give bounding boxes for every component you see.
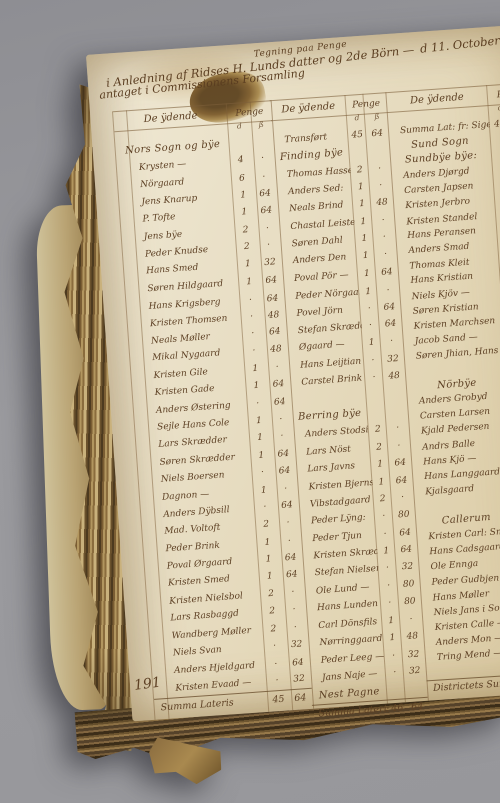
amount-skilling: 64 [253, 188, 278, 200]
amount-rigsdaler: 1 [358, 268, 377, 279]
amount-rigsdaler: 2 [350, 164, 369, 175]
amount-rigsdaler: 1 [359, 286, 378, 297]
payer-name: Vibstadgaard [298, 495, 375, 511]
amount-rigsdaler: 1 [355, 233, 374, 244]
amount-skilling: · [256, 239, 281, 251]
amount-skilling: · [400, 614, 423, 626]
amount-rigsdaler: 1 [258, 554, 279, 565]
amount-skilling: · [273, 483, 298, 495]
amount-rigsdaler: 46 [489, 118, 500, 129]
payer-name: Thomas Hassel [275, 165, 351, 180]
amount-skilling: 64 [379, 318, 402, 330]
amount-rigsdaler: · [361, 320, 380, 331]
amount-rigsdaler: · [241, 311, 262, 322]
amount-skilling: 64 [272, 465, 297, 477]
section-label: Berring bÿe [291, 408, 368, 424]
amount-skilling: 64 [378, 301, 401, 313]
payer-name: Søren Dahl [279, 235, 356, 251]
payer-name: Jans Naje — [310, 668, 387, 684]
amount-rigsdaler: 1 [354, 216, 373, 227]
amount-skilling: 48 [264, 344, 289, 356]
amount-skilling: · [388, 440, 411, 452]
payer-name: Anders Den [281, 252, 358, 267]
amount-skilling: 32 [402, 649, 425, 660]
page-number: 191 [133, 675, 161, 694]
amount-skilling: 80 [399, 596, 422, 608]
amount-skilling: 32 [258, 257, 283, 269]
payer-name: Kristen Skrædder [301, 547, 378, 562]
amount-rigsdaler: · [264, 641, 285, 652]
amount-rigsdaler: · [375, 511, 394, 522]
amount-skilling [250, 141, 274, 143]
amount-rigsdaler: 1 [356, 251, 375, 262]
amount-skilling: · [270, 431, 295, 443]
amount-skilling: 64 [288, 691, 313, 704]
amount-rigsdaler: 45 [268, 693, 289, 705]
amount-rigsdaler: 4 [230, 154, 251, 166]
payer-header: De ÿdende [113, 108, 227, 127]
amount-rigsdaler: 1 [377, 546, 396, 557]
amount-skilling: 64 [394, 527, 417, 538]
amount-rigsdaler: 1 [251, 450, 272, 461]
money-header: Penge [227, 106, 272, 119]
payer-name: Lars Javns [295, 460, 372, 475]
amount-rigsdaler [349, 151, 367, 152]
amount-skilling: 64 [266, 379, 291, 391]
amount-skilling: 64 [275, 500, 300, 512]
section-label: Nest Pagne [311, 685, 388, 701]
amount-rigsdaler: 1 [257, 537, 278, 548]
amount-skilling: 48 [383, 371, 406, 383]
payer-name: Carl Dönsfils [306, 616, 383, 631]
payer-name: Ole Lund — [304, 582, 381, 598]
payer-name: Anders Sed: [276, 183, 353, 198]
amount-skilling: 64 [395, 544, 418, 556]
amount-rigsdaler: · [255, 501, 276, 513]
amount-skilling: 64 [259, 275, 284, 287]
amount-skilling: · [250, 153, 275, 165]
amount-skilling [384, 393, 406, 395]
amount-rigsdaler: 1 [253, 484, 274, 495]
amount-rigsdaler: 1 [238, 259, 259, 270]
amount-skilling: 64 [271, 448, 296, 460]
amount-skilling: 32 [403, 665, 426, 677]
payer-name [291, 396, 367, 401]
amount-rigsdaler: · [384, 650, 403, 661]
amount-skilling: 64 [376, 267, 399, 279]
amount-rigsdaler: 2 [236, 241, 257, 253]
amount-rigsdaler: · [360, 303, 379, 314]
payer-name: Nörgaard [118, 174, 232, 191]
protruding-page-scrap [145, 736, 224, 787]
amount-skilling: · [252, 171, 277, 183]
amount-skilling: · [265, 361, 290, 373]
payer-name: Nørringgaard [307, 634, 384, 649]
amount-rigsdaler: · [244, 346, 265, 357]
payer-name: Transført [272, 131, 349, 146]
amount-rigsdaler: 1 [496, 208, 500, 220]
amount-skilling: · [377, 284, 400, 295]
amount-skilling: · [370, 180, 393, 192]
amount-rigsdaler [387, 689, 405, 690]
amount-rigsdaler: 2 [495, 193, 500, 204]
payer-name: Kristen Bjernsgd [296, 478, 373, 493]
amount-skilling: · [281, 586, 306, 598]
amount-rigsdaler: · [379, 580, 398, 591]
amount-skilling: 64 [262, 326, 287, 338]
section-label: Finding bÿe [273, 147, 350, 164]
payer-name [414, 501, 500, 508]
amount-skilling: 80 [397, 578, 420, 590]
amount-skilling: 48 [401, 631, 424, 643]
payer-name [426, 666, 500, 674]
amount-rigsdaler: · [365, 372, 384, 383]
amount-rigsdaler: · [378, 563, 397, 574]
amount-rigsdaler: 1 [382, 615, 401, 626]
amount-rigsdaler: 2 [261, 588, 282, 600]
amount-rigsdaler: 1 [250, 432, 271, 443]
amount-rigsdaler: 46 [388, 702, 407, 714]
amount-skilling: 48 [371, 197, 394, 209]
amount-rigsdaler: 1 [353, 199, 372, 210]
payer-name: Chastal Leistein [278, 217, 355, 232]
amount-rigsdaler: · [242, 328, 263, 340]
payer-name: Hans Leijtian [288, 356, 365, 371]
amount-rigsdaler: 1 [260, 571, 281, 582]
payer-name: Hans Lunden [305, 599, 382, 614]
payer-name: Peder Nörgaard [283, 287, 359, 302]
amount-rigsdaler: 1 [246, 380, 267, 391]
amount-rigsdaler: · [240, 294, 261, 305]
amount-rigsdaler [491, 138, 500, 140]
amount-rigsdaler: 1 [371, 459, 390, 470]
amount-rigsdaler: 1 [352, 181, 371, 192]
amount-rigsdaler: 45 [348, 129, 367, 140]
payer-name [405, 366, 500, 372]
amount-skilling: · [277, 535, 302, 547]
amount-rigsdaler: 2 [370, 442, 389, 453]
amount-skilling: 64 [254, 205, 279, 217]
amount-rigsdaler: 1 [245, 363, 266, 374]
amount-skilling: · [276, 517, 301, 529]
amount-skilling: · [391, 492, 414, 504]
amount-rigsdaler: 1 [233, 190, 254, 201]
amount-skilling: 64 [389, 457, 412, 469]
payer-header: De ÿdende [386, 90, 489, 108]
amount-skilling: 64 [366, 128, 389, 140]
amount-skilling: 80 [393, 509, 416, 521]
payer-name: Carstel Brink [289, 373, 366, 388]
amount-rigsdaler: 1 [249, 415, 270, 426]
amount-rigsdaler: 1 [239, 276, 260, 287]
payer-name: Anders Stodsil [293, 426, 370, 441]
amount-rigsdaler: · [364, 355, 383, 366]
payer-name: Peder Leeg — [308, 651, 384, 666]
amount-rigsdaler: 2 [262, 606, 283, 617]
money-header: Penge [346, 98, 387, 111]
amount-rigsdaler: 2 [494, 178, 500, 189]
amount-rigsdaler: · [267, 675, 288, 687]
amount-skilling: · [269, 414, 294, 426]
amount-skilling: · [386, 423, 409, 435]
amount-rigsdaler: 2 [369, 424, 388, 435]
amount-rigsdaler [492, 154, 500, 155]
amount-skilling: · [380, 336, 403, 348]
amount-skilling: · [374, 249, 397, 261]
amount-skilling: · [255, 223, 280, 235]
amount-skilling: · [283, 622, 308, 634]
amount-rigsdaler [230, 142, 250, 143]
currency-subheader: d ß [488, 101, 500, 117]
amount-rigsdaler: 6 [232, 173, 253, 184]
amount-skilling: 32 [382, 353, 405, 365]
amount-skilling [405, 688, 427, 690]
payer-name: Poval Pör — [282, 269, 359, 284]
amount-rigsdaler: 1 [372, 476, 391, 487]
manuscript-page: Tegning paa Penge i Anledning af Ridses … [86, 24, 500, 722]
payer-name: Povel Jörn [284, 304, 361, 319]
amount-skilling: 32 [287, 673, 312, 685]
column-header: De ÿdende Penge [385, 82, 500, 113]
amount-rigsdaler: 1 [383, 632, 402, 643]
amount-rigsdaler: · [381, 598, 400, 609]
amount-rigsdaler: · [252, 467, 273, 478]
total-label: Districtets Summa [427, 677, 500, 694]
amount-skilling: 64 [267, 396, 292, 408]
amount-rigsdaler: · [247, 398, 268, 409]
amount-skilling [386, 411, 408, 412]
ledger-table: De ÿdende Penge d ß Nors Sogn og bÿeKrys… [112, 82, 500, 720]
amount-rigsdaler: 2 [373, 493, 392, 504]
amount-skilling: 64 [406, 701, 429, 714]
amount-rigsdaler: 1 [493, 163, 500, 174]
payer-name: Neals Brind [277, 200, 354, 215]
payer-name: Øgaard — [287, 339, 364, 354]
amount-rigsdaler: 2 [263, 623, 284, 634]
amount-rigsdaler [366, 395, 384, 396]
payer-header: De ÿdende [270, 100, 347, 116]
amount-rigsdaler: · [266, 658, 287, 669]
payer-name: Hans Langgaard [412, 466, 500, 482]
amount-skilling: 64 [390, 475, 413, 487]
amount-skilling: 32 [396, 562, 419, 574]
amount-skilling: 48 [261, 309, 286, 321]
payer-name: Stefan Nielsen [302, 564, 379, 579]
amount-skilling: · [282, 604, 307, 616]
amount-skilling [367, 150, 389, 152]
amount-rigsdaler: 2 [256, 519, 277, 530]
amount-skilling: 64 [286, 657, 311, 669]
payer-name: Peder Lÿng: [299, 512, 376, 527]
total-label: Summa Lateris [312, 704, 389, 720]
amount-skilling: · [368, 163, 391, 174]
amount-skilling: 32 [284, 639, 309, 651]
payer-name: Lars Nöst [294, 443, 371, 458]
payer-name: Hans Krigsberg [126, 295, 240, 312]
photo-background: Tegning paa Penge i Anledning af Ridses … [0, 0, 500, 803]
amount-rigsdaler [368, 412, 386, 413]
payer-name: Peder Tjun [300, 530, 376, 545]
amount-rigsdaler: · [385, 667, 404, 678]
money-header: Penge [487, 87, 500, 100]
ledger-book: Tegning paa Penge i Anledning af Ridses … [0, 0, 500, 803]
amount-rigsdaler: 1 [362, 338, 381, 349]
amount-skilling: 64 [279, 570, 304, 582]
amount-rigsdaler: 1 [234, 207, 255, 218]
rigsdaler-glyph: d [488, 102, 500, 117]
amount-rigsdaler: 2 [235, 224, 256, 235]
payer-name: Peder Brink [143, 538, 257, 555]
payer-name: Stefan Skrædder [285, 321, 362, 337]
amount-skilling: · [372, 215, 395, 227]
amount-skilling: 64 [260, 292, 285, 304]
amount-skilling: 64 [278, 552, 303, 564]
amount-skilling: · [373, 231, 396, 243]
amount-rigsdaler: · [376, 529, 395, 540]
